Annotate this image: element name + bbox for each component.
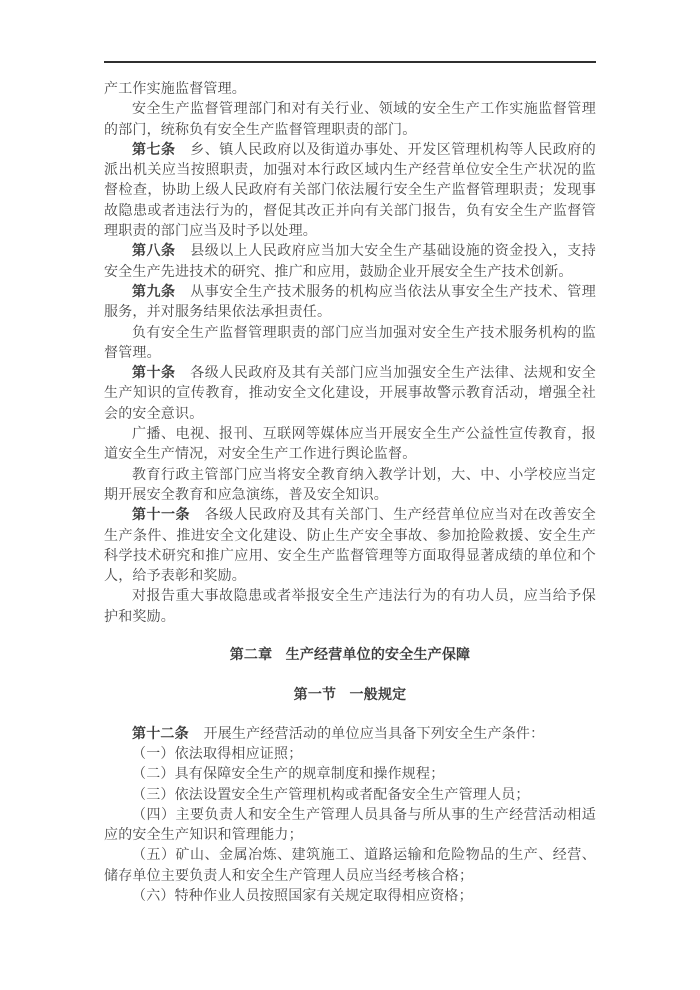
list-item: （二）具有保障安全生产的规章制度和操作规程； [104,765,596,785]
article-paragraph: 第七条乡、镇人民政府以及街道办事处、开发区管理机构等人民政府的派出机关应当按照职… [104,141,596,242]
chapter-title: 生产经营单位的安全生产保障 [286,648,471,663]
article-number: 第十二条 [132,727,189,742]
article-paragraph: 第十条各级人民政府及其有关部门应当加强安全生产法律、法规和安全生产知识的宣传教育… [104,364,596,425]
section-number: 第一节 [294,688,337,703]
document-body: 产工作实施监督管理。 安全生产监督管理部门和对有关行业、领域的安全生产工作实施监… [104,80,596,907]
paragraph: 对报告重大事故隐患或者举报安全生产违法行为的有功人员，应当给予保护和奖励。 [104,587,596,628]
chapter-heading: 第二章生产经营单位的安全生产保障 [104,646,596,666]
article-paragraph: 第八条县级以上人民政府应当加大安全生产基础设施的资金投入，支持安全生产先进技术的… [104,242,596,283]
article-text: 各级人民政府及其有关部门应当加强安全生产法律、法规和安全生产知识的宣传教育，推动… [104,366,596,422]
article-number: 第十一条 [132,508,190,523]
article-paragraph: 第九条从事安全生产技术服务的机构应当依法从事安全生产技术、管理服务，并对服务结果… [104,283,596,324]
article-number: 第七条 [132,143,176,158]
header-rule [104,61,596,63]
list-item: （一）依法取得相应证照； [104,745,596,765]
article-number: 第十条 [132,366,176,381]
paragraph: 负有安全生产监督管理职责的部门应当加强对安全生产技术服务机构的监督管理。 [104,324,596,365]
paragraph: 广播、电视、报刊、互联网等媒体应当开展安全生产公益性宣传教育，报道安全生产情况，… [104,425,596,466]
paragraph-continuation: 产工作实施监督管理。 [104,80,596,100]
paragraph: 教育行政主管部门应当将安全教育纳入教学计划，大、中、小学校应当定期开展安全教育和… [104,466,596,507]
list-item: （五）矿山、金属冶炼、建筑施工、道路运输和危险物品的生产、经营、储存单位主要负责… [104,846,596,887]
article-text: 从事安全生产技术服务的机构应当依法从事安全生产技术、管理服务，并对服务结果依法承… [104,285,596,320]
section-title: 一般规定 [350,688,407,703]
article-text: 乡、镇人民政府以及街道办事处、开发区管理机构等人民政府的派出机关应当按照职责，加… [104,143,596,239]
article-number: 第八条 [132,244,176,259]
list-item: （四）主要负责人和安全生产管理人员具备与所从事的生产经营活动相适应的安全生产知识… [104,806,596,847]
article-paragraph: 第十二条开展生产经营活动的单位应当具备下列安全生产条件： [104,725,596,745]
document-page: 产工作实施监督管理。 安全生产监督管理部门和对有关行业、领域的安全生产工作实施监… [0,0,700,990]
list-item: （六）特种作业人员按照国家有关规定取得相应资格； [104,887,596,907]
article-number: 第九条 [132,285,176,300]
chapter-number: 第二章 [230,648,273,663]
article-paragraph: 第十一条各级人民政府及其有关部门、生产经营单位应当对在改善安全生产条件、推进安全… [104,506,596,587]
article-text: 县级以上人民政府应当加大安全生产基础设施的资金投入，支持安全生产先进技术的研究、… [104,244,596,279]
paragraph: 安全生产监督管理部门和对有关行业、领域的安全生产工作实施监督管理的部门，统称负有… [104,100,596,141]
list-item: （三）依法设置安全生产管理机构或者配备安全生产管理人员； [104,786,596,806]
article-text: 开展生产经营活动的单位应当具备下列安全生产条件： [204,727,545,742]
section-heading: 第一节一般规定 [104,686,596,706]
